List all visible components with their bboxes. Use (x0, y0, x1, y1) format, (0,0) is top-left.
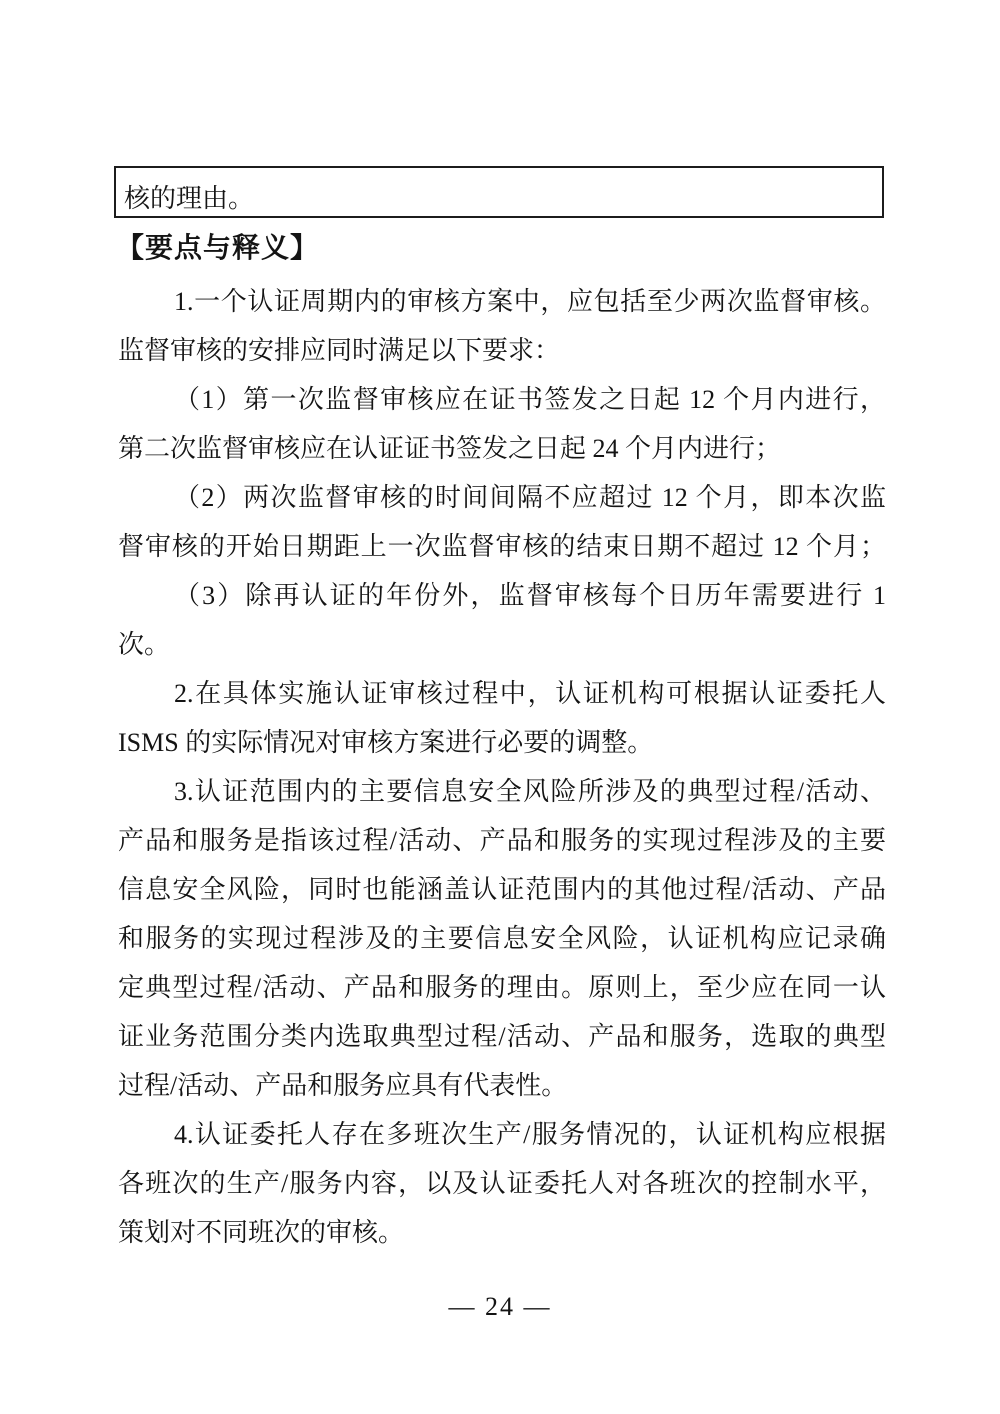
text-line: 各班次的生产/服务内容，以及认证委托人对各班次的控制水平， (118, 1159, 886, 1208)
text-line: 证业务范围分类内选取典型过程/活动、产品和服务，选取的典型 (118, 1012, 886, 1061)
document-page: 核的理由。 【要点与释义】 1.一个认证周期内的审核方案中，应包括至少两次监督审… (0, 0, 1000, 1414)
text-line: 策划对不同班次的审核。 (118, 1208, 886, 1257)
text-line: （2）两次监督审核的时间间隔不应超过 12 个月，即本次监 (118, 473, 886, 522)
text-line: 定典型过程/活动、产品和服务的理由。原则上，至少应在同一认 (118, 963, 886, 1012)
text-line: 信息安全风险，同时也能涵盖认证范围内的其他过程/活动、产品 (118, 865, 886, 914)
text-line: 督审核的开始日期距上一次监督审核的结束日期不超过 12 个月； (118, 522, 886, 571)
text-line: 过程/活动、产品和服务应具有代表性。 (118, 1061, 886, 1110)
text-line: 产品和服务是指该过程/活动、产品和服务的实现过程涉及的主要 (118, 816, 886, 865)
text-line: 3.认证范围内的主要信息安全风险所涉及的典型过程/活动、 (118, 767, 886, 816)
text-line: 监督审核的安排应同时满足以下要求： (118, 326, 886, 375)
text-line: 4.认证委托人存在多班次生产/服务情况的，认证机构应根据 (118, 1110, 886, 1159)
text-line: 1.一个认证周期内的审核方案中，应包括至少两次监督审核。 (118, 277, 886, 326)
text-line: （3）除再认证的年份外，监督审核每个日历年需要进行 1 (118, 571, 886, 620)
text-line: 次。 (118, 620, 886, 669)
callout-text: 核的理由。 (124, 186, 254, 212)
text-line: 和服务的实现过程涉及的主要信息安全风险，认证机构应记录确 (118, 914, 886, 963)
text-line: ISMS 的实际情况对审核方案进行必要的调整。 (118, 718, 886, 767)
text-line: 2.在具体实施认证审核过程中，认证机构可根据认证委托人 (118, 669, 886, 718)
body-text: 1.一个认证周期内的审核方案中，应包括至少两次监督审核。 监督审核的安排应同时满… (118, 277, 886, 1257)
section-heading: 【要点与释义】 (116, 232, 319, 266)
text-line: 第二次监督审核应在认证证书签发之日起 24 个月内进行； (118, 424, 886, 473)
page-number: — 24 — (0, 1292, 1000, 1322)
callout-box: 核的理由。 (114, 166, 884, 218)
text-line: （1）第一次监督审核应在证书签发之日起 12 个月内进行， (118, 375, 886, 424)
